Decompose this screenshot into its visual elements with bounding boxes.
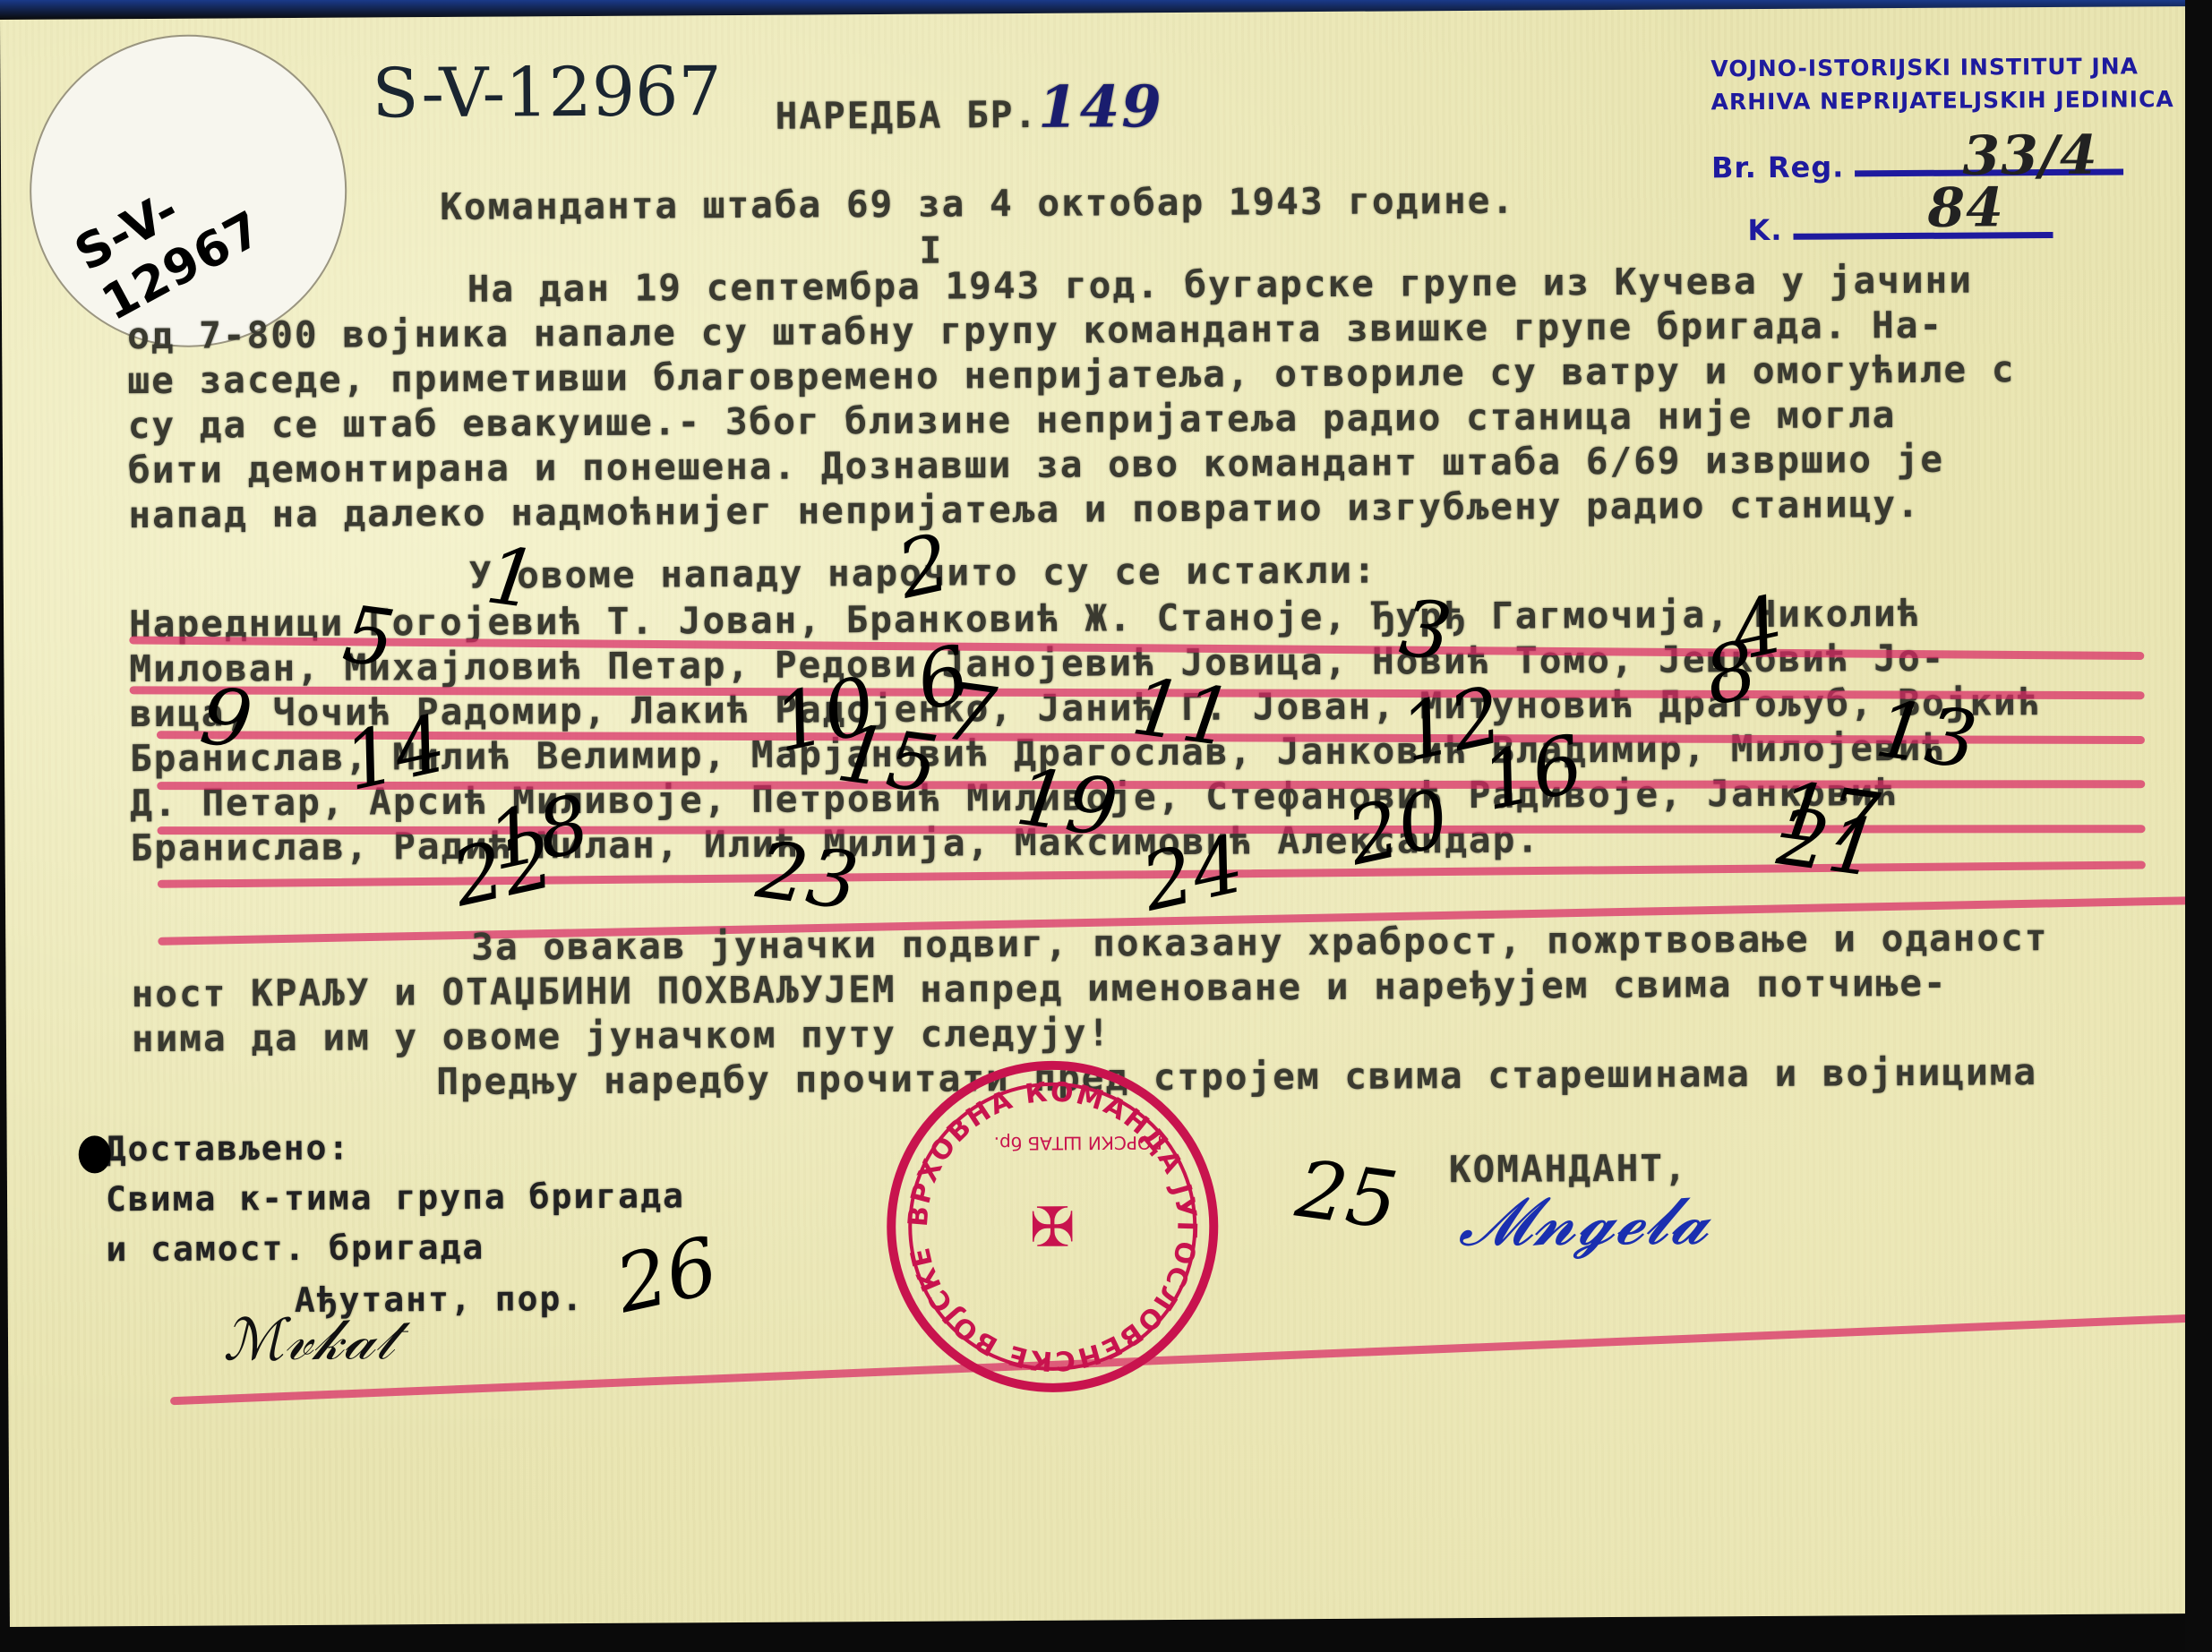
- handwritten-number: 23: [751, 824, 863, 929]
- handwritten-number: 13: [1871, 682, 1983, 787]
- commander-signature-icon: 𝓜𝓷𝓰𝓮𝓵𝓪: [1458, 1182, 1709, 1262]
- k-value: 84: [1927, 176, 2004, 240]
- order-number: 149: [1038, 73, 1163, 141]
- order-subtitle: Команданта штаба 69 за 4 октобар 1943 го…: [440, 179, 1515, 228]
- handwritten-number: 19: [1011, 750, 1123, 855]
- scan-right-edge: [2185, 0, 2212, 1652]
- handwritten-number: 15: [832, 706, 944, 811]
- handwritten-number: 24: [1134, 817, 1251, 929]
- archive-stamp: VOJNO-ISTORIJSKI INSTITUT JNA ARHIVA NEP…: [1710, 53, 2174, 247]
- archive-stamp-line1: VOJNO-ISTORIJSKI INSTITUT JNA: [1710, 53, 2173, 81]
- k-label: K.: [1747, 213, 1782, 247]
- handwritten-number: 25: [1291, 1143, 1403, 1247]
- reg-label: Br. Reg.: [1711, 150, 1845, 184]
- handwritten-number: 21: [1772, 791, 1884, 895]
- archive-stamp-line2: ARHIVA NEPRIJATELJSKIH JEDINICA: [1711, 86, 2174, 115]
- paragraph-1: На дан 19 септембра 1943 год. бугарске г…: [127, 257, 2153, 538]
- delivered-line: Свима к-тима група бригада: [106, 1176, 685, 1219]
- handwritten-number: 22: [444, 813, 562, 925]
- delivered-line: и самост. бригада: [106, 1226, 685, 1269]
- adjutant-signature-icon: ℳ𝓋𝓀𝒶𝓉: [223, 1306, 395, 1374]
- handwritten-number: 11: [1127, 660, 1239, 765]
- handwritten-number: 20: [1340, 772, 1457, 884]
- official-seal: ВРХОВНА КОМАНДА ЈУГОСЛОВЕНСКЕ ВОЈСКЕ У О…: [886, 1060, 1219, 1393]
- eagle-emblem-icon: ✠: [1016, 1177, 1089, 1267]
- ink-blot: [79, 1135, 111, 1173]
- seal-inner-text: ГОРСКИ ШТАБ бр.: [994, 1132, 1162, 1154]
- delivered-label: Достављено:: [106, 1126, 685, 1168]
- handwritten-archive-id: S-V-12967: [372, 51, 722, 133]
- order-title: НАРЕДБА БР.149: [775, 73, 1163, 143]
- delivery-block: Достављено: Свима к-тима група бригада и…: [106, 1126, 686, 1321]
- adjutant-label: Ађутант, пор.: [107, 1278, 686, 1321]
- order-title-text: НАРЕДБА БР.: [776, 93, 1039, 138]
- document-page: S-V-12967 S-V-12967 НАРЕДБА БР.149 VOJNO…: [0, 6, 2195, 1627]
